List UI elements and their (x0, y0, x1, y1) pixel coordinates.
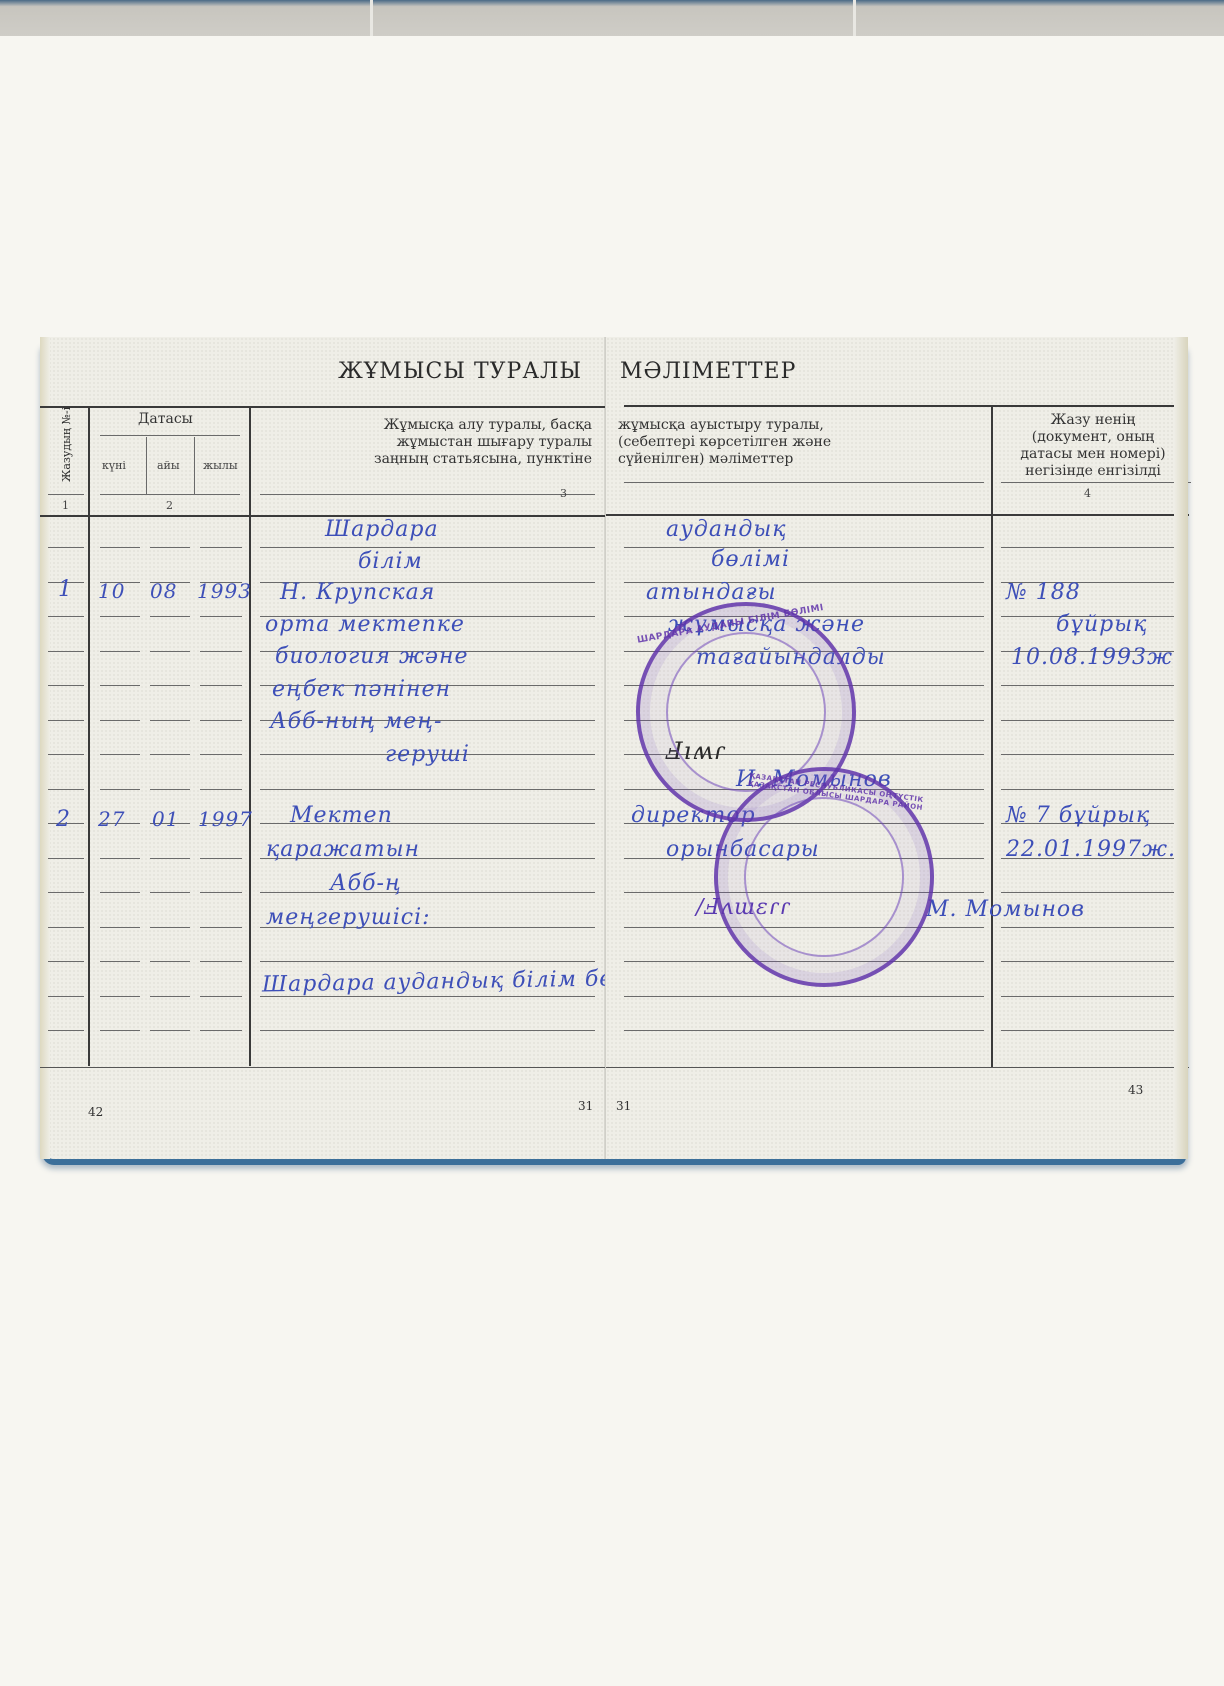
header-line: (себептері көрсетілген және (618, 434, 831, 451)
footer-handwritten-line: Шардара аудандық білім бөлімі (262, 965, 664, 997)
entry-2-text-line: меңгерушісі: (266, 905, 431, 930)
entry-1-basis-line: № 188 (1006, 580, 1081, 605)
rule-line (624, 547, 984, 548)
date-subdivider (194, 437, 195, 494)
header-line: жұмыстан шығару туралы (374, 434, 592, 451)
entry-2-text-line: Абб-ң (330, 871, 402, 896)
entry-2-number: 2 (56, 807, 71, 832)
rule-line (150, 685, 190, 686)
rule-line (260, 789, 595, 790)
signature-name: М. Момынов (926, 897, 1085, 922)
entry-1-text-line: білім (358, 549, 423, 574)
rule-line (100, 892, 140, 893)
entry-1-text-line: еңбек пәнінен (272, 677, 451, 702)
header-line: Жұмысқа алу туралы, басқа (374, 417, 592, 434)
entry-2-month: 01 (152, 807, 179, 831)
rule-line (260, 1030, 595, 1031)
header-top-rule (40, 406, 605, 408)
rule-line (150, 961, 190, 962)
rule-line (100, 789, 140, 790)
entry-1-transfer-line: атындағы (646, 580, 776, 605)
rule-line (100, 547, 140, 548)
rule-line (100, 1030, 140, 1031)
left-page: ЖҰМЫСЫ ТУРАЛЫ Жазудың №-і Датасы күні ай… (40, 337, 605, 1159)
entry-1-transfer-line: бөлімі (711, 547, 790, 572)
rule-line (48, 892, 84, 893)
header-line: датасы мен номері) (998, 446, 1188, 463)
scanner-divider (370, 0, 373, 36)
rule-line (100, 754, 140, 755)
rule-line (1001, 1030, 1186, 1031)
rule-line (48, 858, 84, 859)
entry-1-month: 08 (150, 579, 177, 603)
rule-line (1001, 789, 1186, 790)
rule-line (200, 996, 242, 997)
page-number: 43 (1128, 1083, 1143, 1097)
header-line: негізінде енгізілді (998, 463, 1188, 480)
col-header-date: Датасы (138, 411, 193, 428)
rule-line (100, 927, 140, 928)
rule-line (48, 754, 84, 755)
entry-1-day: 10 (98, 579, 125, 603)
header-line: сүйенілген) мәліметтер (618, 451, 831, 468)
col-header-hiring-left: Жұмысқа алу туралы, басқа жұмыстан шығар… (374, 417, 592, 468)
rule-line (150, 651, 190, 652)
rule-line (200, 1030, 242, 1031)
rule-line (1001, 720, 1186, 721)
rule-line (150, 616, 190, 617)
rule-line (48, 651, 84, 652)
rule-line (260, 547, 595, 548)
col-number: 1 (62, 499, 69, 512)
col-header-year: жылы (203, 457, 238, 474)
rule-line (200, 927, 242, 928)
col-number: 2 (166, 499, 173, 512)
entry-1-text-line: Абб-ның мең- (270, 709, 442, 734)
header-bottom-rule (40, 515, 605, 517)
page-number: 31 (616, 1099, 631, 1113)
entry-1-number: 1 (58, 577, 73, 602)
rule-line (200, 892, 242, 893)
rule-line (48, 720, 84, 721)
header-top-rule (624, 405, 1184, 407)
rule-line (200, 651, 242, 652)
employment-record-book: ЖҰМЫСЫ ТУРАЛЫ Жазудың №-і Датасы күні ай… (40, 337, 1188, 1159)
entry-1-text-line: Шардара (325, 517, 439, 542)
rule-line (260, 892, 595, 893)
right-page: МӘЛІМЕТТЕР жұмысқа ауыстыру туралы, (себ… (605, 337, 1188, 1159)
entry-2-text-line: Мектеп (290, 803, 393, 828)
entry-1-text-line: Н. Крупская (280, 580, 435, 605)
rule-line (200, 616, 242, 617)
col-header-hiring-right: жұмысқа ауыстыру туралы, (себептері көрс… (618, 417, 831, 468)
page-title-left: ЖҰМЫСЫ ТУРАЛЫ (338, 359, 582, 384)
rule (100, 494, 240, 495)
rule-line (150, 1030, 190, 1031)
header-bottom-rule (606, 514, 1189, 516)
rule-line (100, 996, 140, 997)
rule-line (200, 720, 242, 721)
col-number: 3 (560, 487, 567, 500)
rule-line (150, 754, 190, 755)
rule-line (150, 996, 190, 997)
entry-1-text-line: орта мектепке (265, 612, 465, 637)
table-bottom-rule (40, 1067, 605, 1068)
rule-line (48, 547, 84, 548)
entry-2-year: 1997 (198, 807, 253, 831)
rule-line (200, 685, 242, 686)
entry-1-text-line: геруші (385, 742, 470, 767)
entry-1-basis-line: бұйрық (1056, 612, 1147, 637)
entry-1-transfer-line: аудандық (666, 517, 787, 542)
rule-line (48, 616, 84, 617)
rule-line (100, 858, 140, 859)
entry-1-basis-line: 10.08.1993ж. (1011, 645, 1181, 670)
rule-line (200, 858, 242, 859)
rule-line (150, 720, 190, 721)
entry-2-basis-line: № 7 бұйрық (1006, 803, 1150, 828)
header-line: Жазу ненің (998, 412, 1188, 429)
rule-line (48, 996, 84, 997)
rule (260, 494, 595, 495)
stamp-ring (734, 787, 915, 968)
rule-line (48, 789, 84, 790)
table-bottom-rule (606, 1067, 1189, 1068)
rule-line (100, 685, 140, 686)
col-divider (991, 405, 993, 1067)
rule-line (48, 685, 84, 686)
rule-line (48, 927, 84, 928)
rule-line (200, 961, 242, 962)
rule-line (200, 547, 242, 548)
col-header-basis: Жазу ненің (документ, оның датасы мен но… (998, 412, 1188, 480)
rule-line (624, 1030, 984, 1031)
rule-line (48, 1030, 84, 1031)
entry-1-text-line: биология және (275, 644, 468, 669)
col-divider (88, 406, 90, 1066)
col-header-month: айы (157, 457, 180, 474)
rule-line (150, 927, 190, 928)
rule (48, 494, 84, 495)
rule-line (150, 858, 190, 859)
header-line: (документ, оның (998, 429, 1188, 446)
col-header-day: күні (102, 457, 126, 474)
rule-line (100, 720, 140, 721)
rule-line (150, 547, 190, 548)
rule-line (100, 651, 140, 652)
date-subdivider (146, 437, 147, 494)
rule-line (1001, 892, 1186, 893)
rule-line (150, 789, 190, 790)
date-header-rule (100, 435, 240, 436)
col-header-entry-no: Жазудың №-і (61, 412, 73, 482)
rule-line (624, 996, 984, 997)
col-number: 4 (1084, 487, 1091, 500)
entry-2-day: 27 (98, 807, 125, 831)
scanner-edge (0, 0, 1224, 36)
page-number: 42 (88, 1105, 103, 1119)
page-number: 31 (578, 1099, 593, 1113)
rule (1001, 482, 1191, 483)
page-title-right: МӘЛІМЕТТЕР (620, 359, 796, 384)
rule-line (1001, 996, 1186, 997)
rule-line (1001, 961, 1186, 962)
header-line: жұмысқа ауыстыру туралы, (618, 417, 831, 434)
col-divider (249, 406, 251, 1066)
rule-line (200, 789, 242, 790)
rule-line (100, 961, 140, 962)
rule-line (260, 961, 595, 962)
scanner-divider (853, 0, 856, 36)
rule (624, 482, 984, 483)
entry-1-year: 1993 (197, 579, 252, 603)
rule-line (200, 754, 242, 755)
rule-line (1001, 927, 1186, 928)
rule-line (48, 961, 84, 962)
entry-2-basis-line: 22.01.1997ж. (1006, 837, 1176, 862)
rule-line (150, 892, 190, 893)
rule-line (1001, 754, 1186, 755)
entry-2-text-line: қаражатын (266, 837, 420, 862)
rule-line (1001, 547, 1186, 548)
rule-line (100, 616, 140, 617)
rule-line (1001, 685, 1186, 686)
header-line: заңның статьясына, пунктіне (374, 451, 592, 468)
